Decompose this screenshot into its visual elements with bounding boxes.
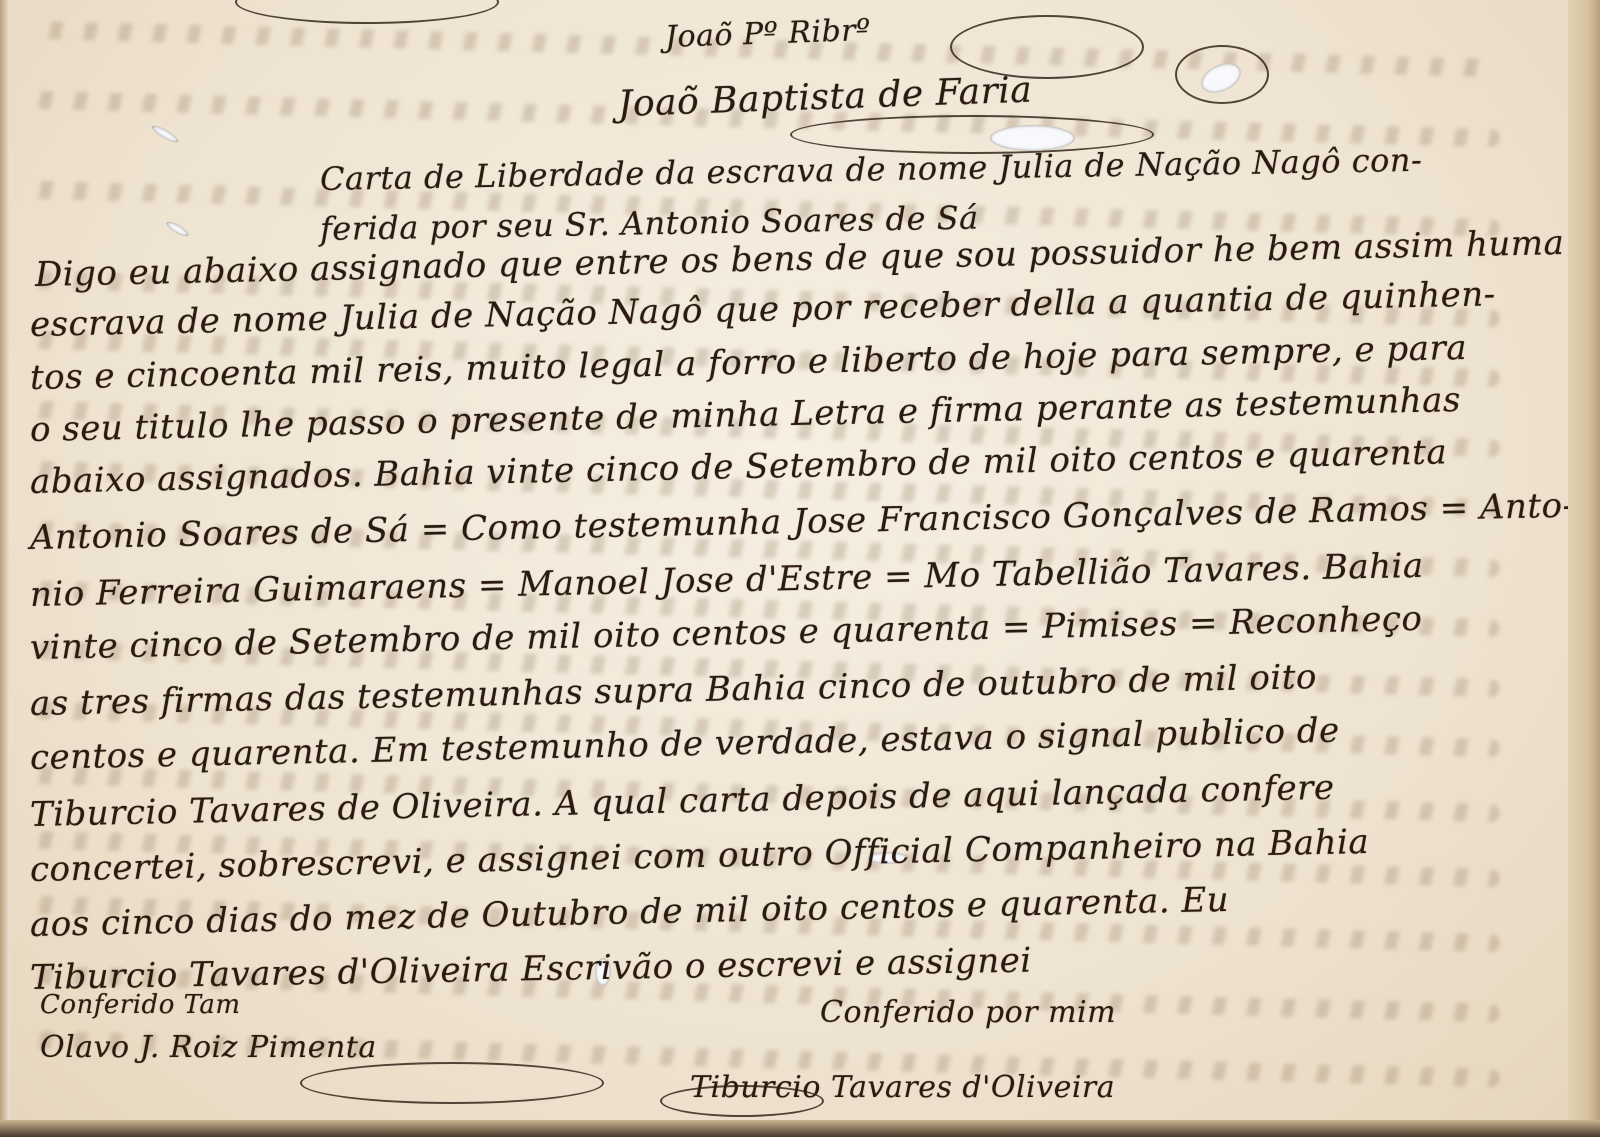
page-bottom-edge — [0, 1120, 1600, 1137]
manuscript-page: Joaõ Pº Ribrº Joaõ Baptista de Faria Car… — [0, 0, 1568, 1120]
signature-flourish — [660, 1085, 824, 1117]
signature-flourish — [950, 15, 1144, 79]
page-right-edge — [1568, 0, 1600, 1137]
closing-signature-pimenta: Olavo J. Roiz Pimenta — [40, 1030, 377, 1065]
signature-flourish — [235, 0, 499, 24]
body-line: concertei, sobrescrevi, e assignei com o… — [30, 822, 1370, 890]
paper-hole — [150, 123, 180, 145]
closing-conferido: Conferido Tam — [40, 990, 241, 1020]
signature-flourish — [300, 1062, 604, 1104]
header-signature-1: Joaõ Pº Ribrº — [664, 13, 871, 55]
paper-hole — [165, 219, 191, 238]
page-left-edge — [0, 0, 10, 1120]
closing-conferido-por-mim: Conferido por mim — [820, 995, 1116, 1030]
